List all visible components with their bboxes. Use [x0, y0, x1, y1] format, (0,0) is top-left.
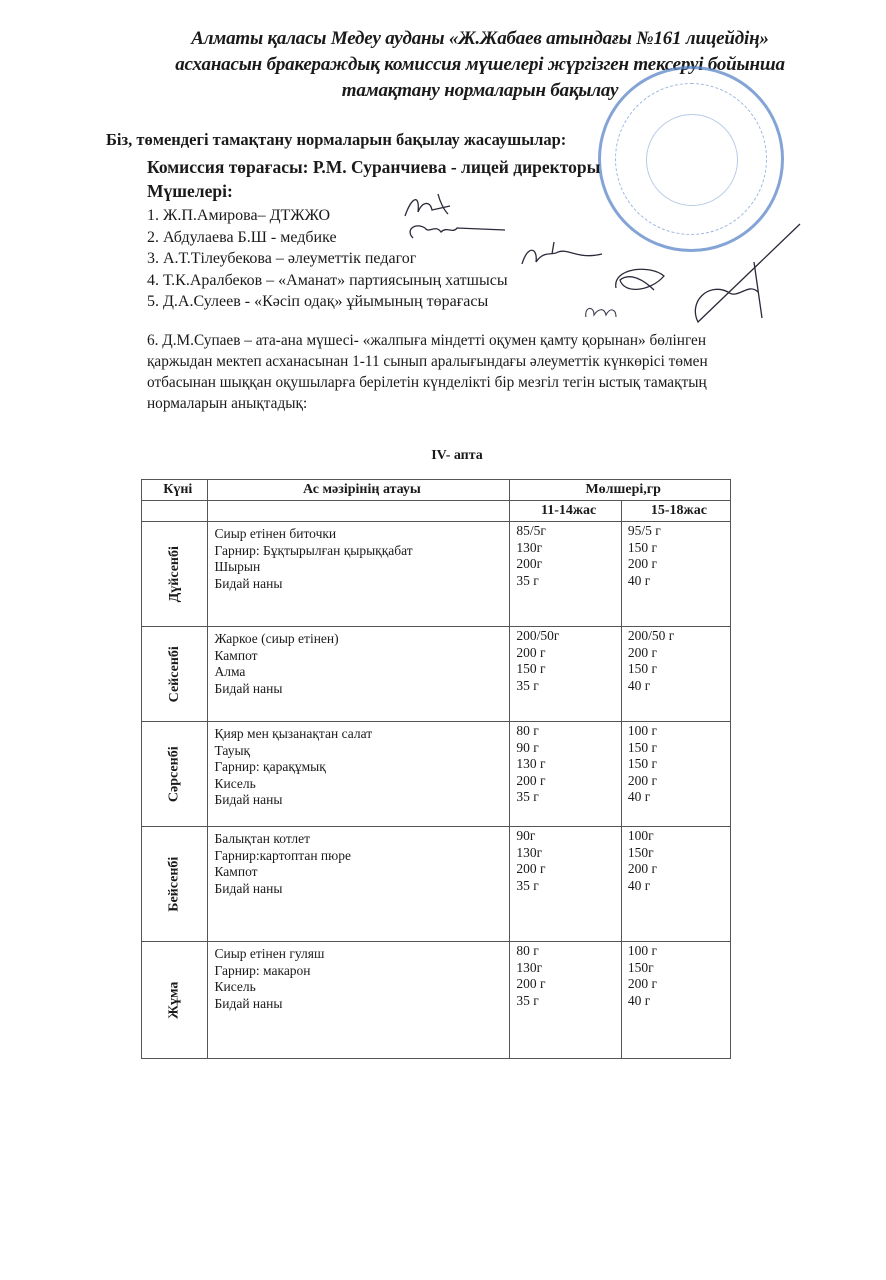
dish-item: Алма: [214, 664, 509, 681]
dish-item: Сиыр етінен гуляш: [214, 946, 509, 963]
dish-item: Балықтан котлет: [214, 831, 509, 848]
paragraph-line: қаржыдан мектеп асханасынан 1-11 сынып а…: [147, 351, 737, 372]
dish-item: Гарнир:картоптан пюре: [214, 848, 509, 865]
dish-cell: Сиыр етінен биточкиГарнир: Бұқтырылған қ…: [208, 522, 510, 627]
qty-value: 200 г: [628, 556, 730, 573]
document-title: Алматы қаласы Медеу ауданы «Ж.Жабаев аты…: [60, 26, 886, 104]
qty-11-14-cell: 85/5г130г200г35 г: [510, 522, 621, 627]
qty-value: 85/5г: [516, 523, 620, 540]
description-paragraph: 6. Д.М.Супаев – ата-ана мүшесі- «жалпыға…: [147, 330, 737, 414]
qty-value: 200 г: [628, 861, 730, 878]
dish-cell: Сиыр етінен гуляшГарнир: макаронКисельБи…: [208, 942, 510, 1059]
dish-item: Гарнир: Бұқтырылған қырыққабат: [214, 543, 509, 560]
qty-value: 150 г: [628, 740, 730, 757]
paragraph-line: нормаларын анықтадық:: [147, 393, 737, 414]
dish-item: Кампот: [214, 864, 509, 881]
table-row: ЖұмаСиыр етінен гуляшГарнир: макаронКисе…: [142, 942, 731, 1059]
qty-value: 200 г: [516, 976, 620, 993]
qty-15-18-cell: 100г150г200 г40 г: [621, 827, 730, 942]
qty-value: 150 г: [628, 756, 730, 773]
qty-value: 150г: [628, 960, 730, 977]
header-day: Күні: [142, 480, 208, 501]
stamp-emblem-icon: [646, 114, 738, 206]
qty-15-18-cell: 100 г150г200 г40 г: [621, 942, 730, 1059]
dish-item: Гарнир: макарон: [214, 963, 509, 980]
qty-value: 100 г: [628, 723, 730, 740]
member-item: 5. Д.А.Сулеев - «Кәсіп одақ» ұйымының тө…: [147, 291, 508, 313]
qty-11-14-cell: 90г130г200 г35 г: [510, 827, 621, 942]
qty-value: 90 г: [516, 740, 620, 757]
menu-table-body: ДүйсенбіСиыр етінен биточкиГарнир: Бұқты…: [142, 522, 731, 1059]
day-cell: Жұма: [142, 942, 208, 1059]
dish-cell: Балықтан котлетГарнир:картоптан пюреКамп…: [208, 827, 510, 942]
day-cell: Сейсенбі: [142, 627, 208, 722]
qty-15-18-cell: 100 г150 г150 г200 г40 г: [621, 722, 730, 827]
day-label: Дүйсенбі: [166, 546, 183, 602]
qty-value: 200 г: [516, 645, 620, 662]
dish-item: Бидай наны: [214, 881, 509, 898]
header-empty: [142, 501, 208, 522]
qty-value: 40 г: [628, 878, 730, 895]
member-item: 4. Т.К.Аралбеков – «Аманат» партиясының …: [147, 270, 508, 292]
title-line-2: асханасын бракераждық комиссия мүшелері …: [60, 52, 886, 78]
day-label: Сәрсенбі: [166, 747, 183, 803]
qty-value: 130г: [516, 845, 620, 862]
dish-item: Бидай наны: [214, 576, 509, 593]
dish-item: Шырын: [214, 559, 509, 576]
dish-item: Бидай наны: [214, 792, 509, 809]
qty-value: 200 г: [628, 773, 730, 790]
qty-value: 100 г: [628, 943, 730, 960]
header-empty: [208, 501, 510, 522]
qty-value: 90г: [516, 828, 620, 845]
day-cell: Дүйсенбі: [142, 522, 208, 627]
qty-value: 35 г: [516, 789, 620, 806]
title-line-1: Алматы қаласы Медеу ауданы «Ж.Жабаев аты…: [60, 26, 886, 52]
qty-15-18-cell: 95/5 г150 г200 г40 г: [621, 522, 730, 627]
day-cell: Сәрсенбі: [142, 722, 208, 827]
signature-icon: [405, 218, 515, 246]
dish-item: Қияр мен қызанақтан салат: [214, 726, 509, 743]
signature-icon: [668, 222, 808, 332]
table-row: СейсенбіЖаркое (сиыр етінен)КампотАлмаБи…: [142, 627, 731, 722]
table-row: ДүйсенбіСиыр етінен биточкиГарнир: Бұқты…: [142, 522, 731, 627]
day-label: Бейсенбі: [166, 857, 183, 912]
qty-value: 80 г: [516, 943, 620, 960]
qty-value: 200/50г: [516, 628, 620, 645]
header-amount: Мөлшері,гр: [510, 480, 731, 501]
table-row: БейсенбіБалықтан котлетГарнир:картоптан …: [142, 827, 731, 942]
qty-value: 40 г: [628, 678, 730, 695]
qty-value: 35 г: [516, 993, 620, 1010]
qty-value: 80 г: [516, 723, 620, 740]
dish-item: Кисель: [214, 776, 509, 793]
week-label: IV- апта: [0, 448, 886, 464]
qty-11-14-cell: 80 г90 г130 г200 г35 г: [510, 722, 621, 827]
qty-value: 40 г: [628, 789, 730, 806]
header-age-11-14: 11-14жас: [510, 501, 621, 522]
signature-icon: [582, 301, 622, 325]
day-label: Сейсенбі: [166, 646, 183, 702]
qty-value: 95/5 г: [628, 523, 730, 540]
qty-value: 35 г: [516, 878, 620, 895]
member-item: 3. А.Т.Тілеубекова – әлеуметтік педагог: [147, 248, 508, 270]
qty-value: 200 г: [516, 773, 620, 790]
dish-cell: Қияр мен қызанақтан салатТауықГарнир: қа…: [208, 722, 510, 827]
qty-value: 130г: [516, 540, 620, 557]
menu-table: Күні Ас мәзірінің атауы Мөлшері,гр 11-14…: [141, 479, 731, 1059]
dish-item: Бидай наны: [214, 681, 509, 698]
dish-item: Жаркое (сиыр етінен): [214, 631, 509, 648]
qty-value: 200 г: [628, 976, 730, 993]
qty-11-14-cell: 80 г130г200 г35 г: [510, 942, 621, 1059]
paragraph-line: 6. Д.М.Супаев – ата-ана мүшесі- «жалпыға…: [147, 330, 737, 351]
qty-value: 150 г: [516, 661, 620, 678]
intro-text: Біз, төмендегі тамақтану нормаларын бақы…: [106, 130, 566, 150]
qty-value: 150 г: [628, 540, 730, 557]
table-row: СәрсенбіҚияр мен қызанақтан салатТауықГа…: [142, 722, 731, 827]
header-age-15-18: 15-18жас: [621, 501, 730, 522]
qty-value: 130 г: [516, 756, 620, 773]
dish-item: Сиыр етінен биточки: [214, 526, 509, 543]
dish-item: Бидай наны: [214, 996, 509, 1013]
commission-chair: Комиссия төрағасы: Р.М. Суранчиева - лиц…: [147, 157, 600, 178]
day-label: Жұма: [166, 982, 183, 1019]
signature-icon: [518, 238, 608, 272]
dish-item: Гарнир: қарақұмық: [214, 759, 509, 776]
signature-icon: [610, 258, 670, 298]
qty-value: 40 г: [628, 573, 730, 590]
qty-value: 200г: [516, 556, 620, 573]
dish-item: Кисель: [214, 979, 509, 996]
dish-item: Тауық: [214, 743, 509, 760]
qty-value: 150г: [628, 845, 730, 862]
members-heading: Мүшелері:: [147, 181, 233, 202]
qty-value: 130г: [516, 960, 620, 977]
qty-value: 35 г: [516, 573, 620, 590]
day-cell: Бейсенбі: [142, 827, 208, 942]
qty-value: 35 г: [516, 678, 620, 695]
qty-15-18-cell: 200/50 г200 г150 г40 г: [621, 627, 730, 722]
dish-cell: Жаркое (сиыр етінен)КампотАлмаБидай наны: [208, 627, 510, 722]
qty-11-14-cell: 200/50г200 г150 г35 г: [510, 627, 621, 722]
qty-value: 40 г: [628, 993, 730, 1010]
qty-value: 200 г: [628, 645, 730, 662]
qty-value: 150 г: [628, 661, 730, 678]
paragraph-line: отбасынан шыққан оқушыларға берілетін кү…: [147, 372, 737, 393]
header-dish: Ас мәзірінің атауы: [208, 480, 510, 501]
qty-value: 100г: [628, 828, 730, 845]
dish-item: Кампот: [214, 648, 509, 665]
qty-value: 200 г: [516, 861, 620, 878]
qty-value: 200/50 г: [628, 628, 730, 645]
